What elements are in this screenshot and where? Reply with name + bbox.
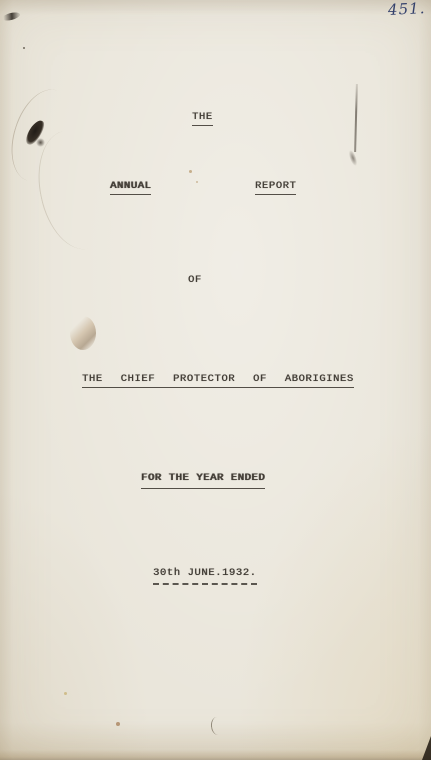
paper-speck	[116, 722, 120, 726]
paper-crease-line	[28, 124, 122, 256]
scanned-page: 451. THE ANNUAL REPORT OF THE CHIEF PROT…	[0, 0, 431, 760]
ink-blot-smudge	[36, 138, 45, 147]
paper-crease-line	[1, 82, 84, 190]
foxing-stain	[70, 316, 96, 350]
title-word-report: REPORT	[255, 180, 296, 195]
paper-speck	[23, 47, 25, 49]
paper-speck	[196, 181, 198, 183]
paper-speck	[189, 170, 192, 173]
ink-blot-stain	[23, 118, 46, 147]
handwritten-page-number: 451.	[388, 0, 426, 19]
title-line-year-ended: FOR THE YEAR ENDED	[141, 472, 265, 489]
paper-speck	[64, 692, 67, 695]
scratch-mark	[354, 84, 358, 152]
title-word-annual: ANNUAL	[110, 180, 151, 195]
pencil-curve-mark	[210, 716, 225, 735]
title-line-date: 30th JUNE.1932.	[153, 567, 257, 585]
title-line-chief-protector: THE CHIEF PROTECTOR OF ABORIGINES	[82, 373, 354, 388]
pen-flick-mark	[1, 11, 20, 22]
torn-corner	[422, 736, 431, 760]
page-bottom-edge	[0, 750, 431, 760]
title-line-the: THE	[192, 111, 213, 126]
title-line-of: OF	[188, 274, 202, 286]
scratch-smudge	[347, 149, 358, 166]
